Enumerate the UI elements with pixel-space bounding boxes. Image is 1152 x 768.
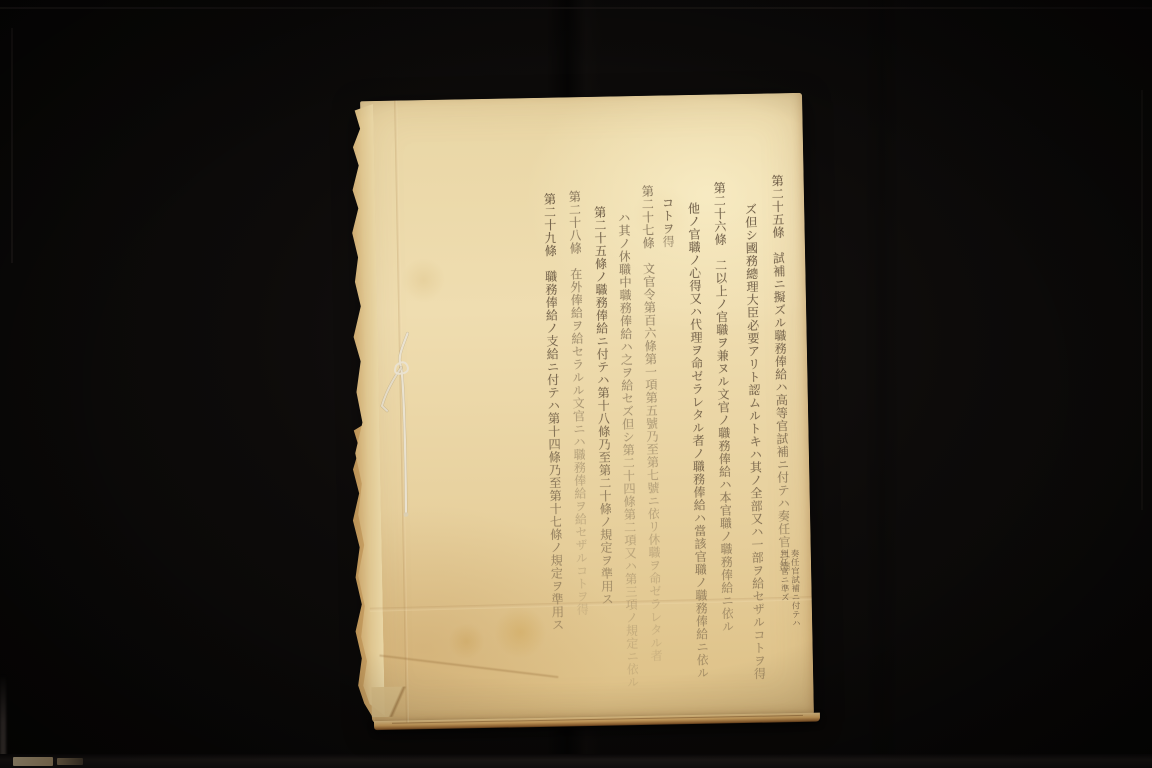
photo-of-document: 第二十五條 試補ニ擬ズル職務俸給ハ高等官試補ニ付テハ奏任官ニ準 ズ但シ國務總理大… [0, 0, 1152, 768]
photo-vignette [0, 0, 1152, 768]
